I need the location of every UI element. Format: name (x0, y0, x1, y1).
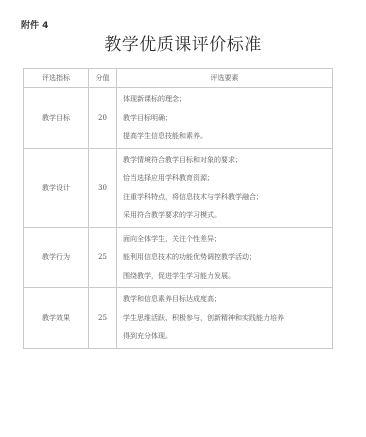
requirement-item: 采用符合教学要求的学习模式。 (123, 206, 332, 225)
column-header-score: 分值 (89, 69, 117, 88)
requirement-item: 提高学生信息技能和素养。 (123, 127, 332, 146)
requirement-item: 能利用信息技术的功能优势调控教学活动； (123, 248, 332, 267)
indicator-cell: 教学目标 (24, 88, 89, 149)
evaluation-table: 评选指标 分值 评选要素 教学目标 20 体现新课标的理念； 教学目标明确； 提… (23, 68, 333, 349)
page-title: 教学优质课评价标准 (0, 30, 366, 55)
requirement-item: 围绕教学，促进学生学习能力发展。 (123, 267, 332, 286)
requirement-item: 教学情境符合教学目标和对象的要求； (123, 151, 332, 170)
requirement-item: 教学目标明确； (123, 109, 332, 128)
requirement-item: 面向全体学生，关注个性差异； (123, 230, 332, 249)
requirement-item: 教学和信息素养目标达成度高； (123, 290, 332, 309)
indicator-cell: 教学效果 (24, 288, 89, 349)
table-row: 教学目标 20 体现新课标的理念； 教学目标明确； 提高学生信息技能和素养。 (24, 88, 333, 149)
table-header-row: 评选指标 分值 评选要素 (24, 69, 333, 88)
requirement-item: 得到充分体现。 (123, 327, 332, 346)
requirement-item: 注重学科特点，将信息技术与学科教学融合； (123, 188, 332, 207)
score-cell: 20 (89, 88, 117, 149)
indicator-cell: 教学行为 (24, 227, 89, 288)
table-row: 教学行为 25 面向全体学生，关注个性差异； 能利用信息技术的功能优势调控教学活… (24, 227, 333, 288)
requirement-item: 恰当选择应用学科教育资源； (123, 169, 332, 188)
requirements-cell: 教学情境符合教学目标和对象的要求； 恰当选择应用学科教育资源； 注重学科特点，将… (117, 148, 333, 227)
column-header-requirements: 评选要素 (117, 69, 333, 88)
requirements-cell: 体现新课标的理念； 教学目标明确； 提高学生信息技能和素养。 (117, 88, 333, 149)
score-cell: 25 (89, 227, 117, 288)
requirement-item: 学生思维活跃、积极参与，创新精神和实践能力培养 (123, 309, 332, 328)
requirements-cell: 教学和信息素养目标达成度高； 学生思维活跃、积极参与，创新精神和实践能力培养 得… (117, 288, 333, 349)
table-row: 教学设计 30 教学情境符合教学目标和对象的要求； 恰当选择应用学科教育资源； … (24, 148, 333, 227)
table-row: 教学效果 25 教学和信息素养目标达成度高； 学生思维活跃、积极参与，创新精神和… (24, 288, 333, 349)
score-cell: 25 (89, 288, 117, 349)
column-header-indicator: 评选指标 (24, 69, 89, 88)
requirements-cell: 面向全体学生，关注个性差异； 能利用信息技术的功能优势调控教学活动； 围绕教学，… (117, 227, 333, 288)
requirement-item: 体现新课标的理念； (123, 90, 332, 109)
score-cell: 30 (89, 148, 117, 227)
indicator-cell: 教学设计 (24, 148, 89, 227)
